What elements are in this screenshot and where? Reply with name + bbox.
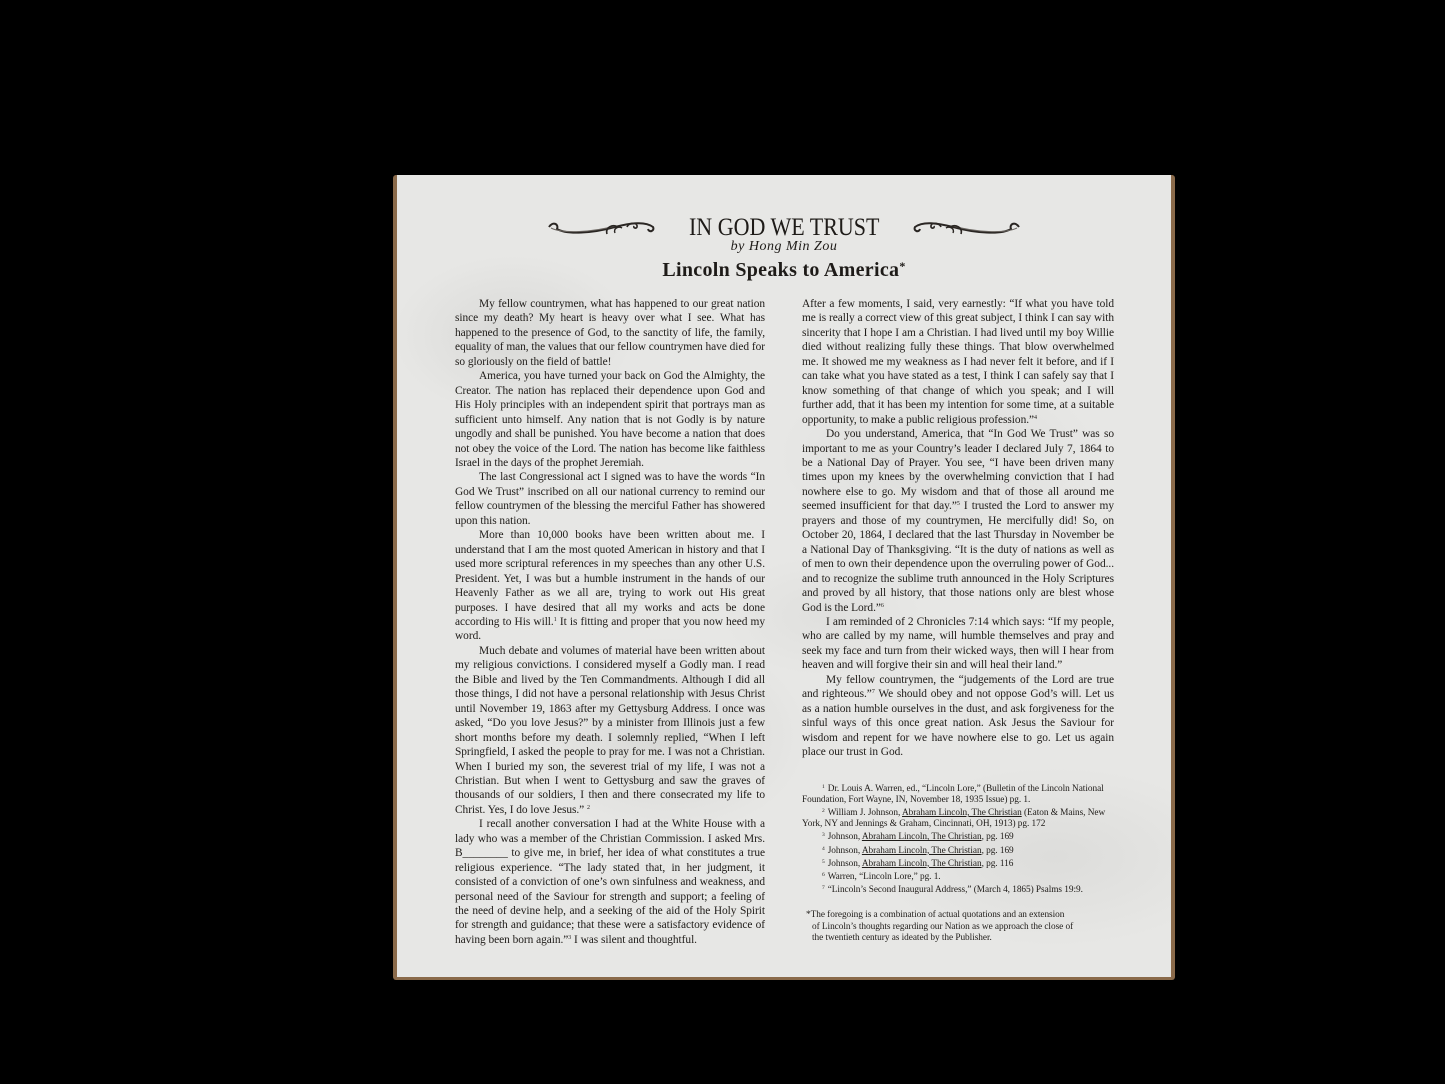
paragraph: More than 10,000 books have been written… xyxy=(455,528,765,644)
left-column: My fellow countrymen, what has happened … xyxy=(455,297,765,947)
paragraph-text: Much debate and volumes of material have… xyxy=(455,645,765,816)
footnote-text: “Lincoln’s Second Inaugural Address,” (M… xyxy=(828,885,1083,895)
footnote-5: 5Johnson, Abraham Lincoln, The Christian… xyxy=(802,857,1114,870)
footnote-7: 7“Lincoln’s Second Inaugural Address,” (… xyxy=(802,883,1114,896)
footnote-number: 3 xyxy=(822,832,825,838)
subtitle-text: Lincoln Speaks to America xyxy=(662,259,899,281)
book-title: Abraham Lincoln, The Christian xyxy=(902,808,1022,818)
footnote-text: , pg. 169 xyxy=(982,832,1014,842)
footnotes: 1Dr. Louis A. Warren, ed., “Lincoln Lore… xyxy=(802,782,1114,897)
disclaimer-line: of Lincoln’s thoughts regarding our Nati… xyxy=(806,922,1114,933)
footnote-text: Warren, “Lincoln Lore,” pg. 1. xyxy=(828,872,941,882)
flourish-left-icon xyxy=(543,215,658,241)
parchment-page: IN GOD WE TRUST by Hong Min Zou Lincoln … xyxy=(397,175,1171,977)
publisher-disclaimer: *The foregoing is a combination of actua… xyxy=(802,910,1114,944)
disclaimer-text: The foregoing is a combination of actual… xyxy=(811,910,1065,920)
book-title: Abraham Lincoln, The Christian xyxy=(862,859,982,869)
footnote-text: Johnson, xyxy=(828,846,862,856)
paragraph: After a few moments, I said, very earnes… xyxy=(802,297,1114,427)
paragraph: My fellow countrymen, what has happened … xyxy=(455,297,765,369)
footnote-text: Johnson, xyxy=(828,832,862,842)
footnote-text: Dr. Louis A. Warren, ed., “Lincoln Lore,… xyxy=(802,784,1104,805)
footnote-1: 1Dr. Louis A. Warren, ed., “Lincoln Lore… xyxy=(802,782,1114,806)
paragraph: I am reminded of 2 Chronicles 7:14 which… xyxy=(802,615,1114,673)
footnote-text: Johnson, xyxy=(828,859,862,869)
paragraph: My fellow countrymen, the “judgements of… xyxy=(802,673,1114,760)
footnote-text: William J. Johnson, xyxy=(828,808,902,818)
paragraph-text: I trusted the Lord to answer my prayers … xyxy=(802,500,1114,613)
footnote-3: 3Johnson, Abraham Lincoln, The Christian… xyxy=(802,830,1114,843)
footnote-number: 1 xyxy=(822,784,825,790)
document-header: IN GOD WE TRUST by Hong Min Zou Lincoln … xyxy=(397,213,1171,282)
paragraph: America, you have turned your back on Go… xyxy=(455,369,765,470)
flourish-right-icon xyxy=(910,215,1025,241)
footnote-number: 5 xyxy=(822,859,825,865)
document-sheet: IN GOD WE TRUST by Hong Min Zou Lincoln … xyxy=(393,175,1175,980)
right-column: After a few moments, I said, very earnes… xyxy=(802,297,1114,944)
paragraph-text: I was silent and thoughtful. xyxy=(571,934,697,946)
paragraph-text: After a few moments, I said, very earnes… xyxy=(802,298,1114,426)
footnote-text: , pg. 169 xyxy=(982,846,1014,856)
subtitle: Lincoln Speaks to America* xyxy=(397,259,1171,282)
document-title: IN GOD WE TRUST xyxy=(689,213,879,243)
footnote-number: 4 xyxy=(822,846,825,852)
disclaimer-line: *The foregoing is a combination of actua… xyxy=(806,910,1114,921)
disclaimer-line: the twentieth century as ideated by the … xyxy=(806,933,1114,944)
footnote-2: 2William J. Johnson, Abraham Lincoln, Th… xyxy=(802,806,1114,830)
footnote-number: 7 xyxy=(822,885,825,891)
book-title: Abraham Lincoln, The Christian xyxy=(862,832,982,842)
paragraph-text: More than 10,000 books have been written… xyxy=(455,529,765,628)
paragraph: Do you understand, America, that “In God… xyxy=(802,427,1114,615)
subtitle-asterisk: * xyxy=(899,259,905,273)
footnote-number: 6 xyxy=(822,872,825,878)
book-title: Abraham Lincoln, The Christian xyxy=(862,846,982,856)
paragraph: I recall another conversation I had at t… xyxy=(455,817,765,947)
footnote-ref: 4 xyxy=(1034,415,1037,421)
footnote-4: 4Johnson, Abraham Lincoln, The Christian… xyxy=(802,844,1114,857)
paragraph-text: I recall another conversation I had at t… xyxy=(455,818,765,946)
footnote-ref: 6 xyxy=(881,603,884,609)
paragraph: The last Congressional act I signed was … xyxy=(455,470,765,528)
paragraph: Much debate and volumes of material have… xyxy=(455,644,765,817)
footnote-6: 6Warren, “Lincoln Lore,” pg. 1. xyxy=(802,870,1114,883)
footnote-ref: 2 xyxy=(587,805,590,811)
footnote-number: 2 xyxy=(822,808,825,814)
footnote-text: , pg. 116 xyxy=(982,859,1014,869)
